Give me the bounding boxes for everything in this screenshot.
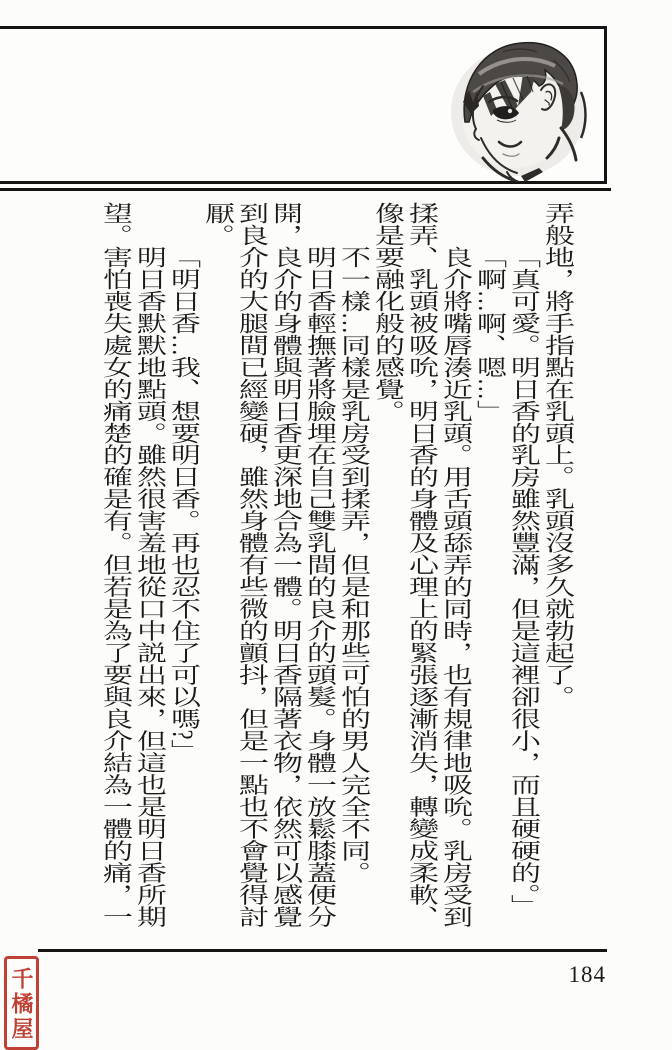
frame-underline (0, 188, 611, 191)
novel-paragraph: 「啊…啊、嗯…」 (471, 202, 505, 939)
publisher-seal: 千橘屋 (4, 956, 39, 1050)
novel-paragraph: 「明日香…我、想要明日香。再也忍不住了可以嗎?」 (165, 202, 199, 939)
page-number: 184 (556, 962, 606, 988)
novel-page: 弄般地，將手指點在乳頭上。乳頭沒多久就勃起了。 「真可愛。明日香的乳房雖然豐滿，… (0, 0, 672, 1050)
portrait-illustration (443, 30, 603, 182)
novel-paragraph: 弄般地，將手指點在乳頭上。乳頭沒多久就勃起了。 (539, 202, 573, 939)
novel-text: 弄般地，將手指點在乳頭上。乳頭沒多久就勃起了。 「真可愛。明日香的乳房雖然豐滿，… (97, 202, 573, 939)
novel-paragraph: 良介將嘴唇湊近乳頭。用舌頭舔弄的同時，也有規律地吸吮。乳房受到揉弄、乳頭被吸吮，… (369, 202, 471, 939)
novel-paragraph: 「真可愛。明日香的乳房雖然豐滿，但是這裡卻很小，而且硬硬的。」 (505, 202, 539, 939)
novel-paragraph: 明日香默默地點頭。雖然很害羞地從口中説出來，但這也是明日香所期望。害怕喪失處女的… (97, 202, 165, 939)
novel-paragraph: 不一樣…同樣是乳房受到揉弄，但是和那些可怕的男人完全不同。 (335, 202, 369, 939)
footer-rule (38, 949, 607, 952)
novel-paragraph: 明日香輕撫著將臉埋在自己雙乳間的良介的頭髮。身體一放鬆膝蓋便分開，良介的身體與明… (199, 202, 335, 939)
